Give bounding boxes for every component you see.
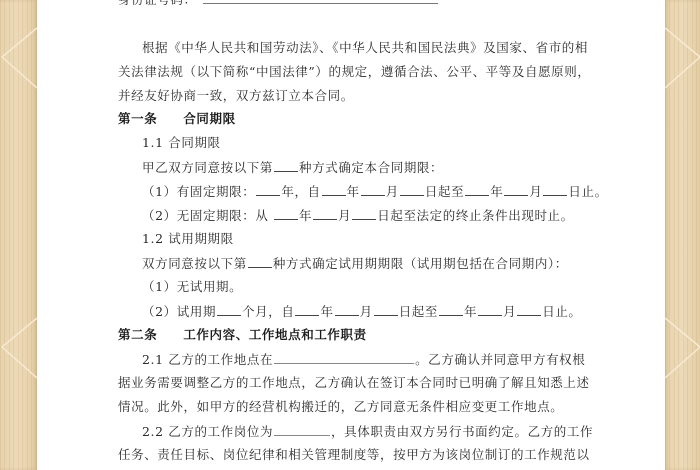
- text: 个月，自: [242, 304, 294, 319]
- id-number-label: 身份证号码：: [118, 0, 197, 7]
- text: 月: [503, 304, 516, 319]
- text: 2.1 乙方的工作地点在: [142, 352, 273, 367]
- text: 甲乙双方同意按以下第: [142, 160, 273, 175]
- article-1-title: 合同期限: [183, 111, 235, 126]
- section-2-2-line-2: 任务、责任目标、岗位纪律和相关管理制度等，按甲方为该岗位制订的工作规范以: [118, 445, 590, 465]
- article-2-number: 第二条: [118, 327, 157, 342]
- text: 日起至: [425, 184, 464, 199]
- no-probation-option: （1）无试用期。: [142, 277, 242, 297]
- section-1-2-heading: 1.2 试用期期限: [142, 229, 234, 249]
- text: 种方式确定本合同期限：: [299, 160, 443, 175]
- blank-field: [248, 253, 272, 268]
- blank-field: [400, 181, 424, 196]
- section-2-1-line-1: 2.1 乙方的工作地点在。乙方确认并同意甲方有权根: [142, 349, 585, 369]
- section-1-2-intro: 双方同意按以下第种方式确定试用期期限（试用期包括在合同期内）：: [142, 253, 568, 273]
- id-number-field: 身份证号码：: [118, 0, 438, 10]
- text: 月: [529, 184, 542, 199]
- text: 年: [347, 184, 360, 199]
- preamble-line-1: 根据《中华人民共和国劳动法》、《中华人民共和国民法典》及国家、省市的相: [142, 38, 588, 58]
- text: 月: [386, 184, 399, 199]
- blank-field: [543, 181, 567, 196]
- text: 年: [320, 304, 333, 319]
- text: 。乙方确认并同意甲方有权根: [415, 352, 585, 367]
- text: 双方同意按以下第: [142, 256, 247, 271]
- wood-frame-left: [0, 0, 37, 470]
- text: 月: [338, 208, 351, 223]
- text: 日起至: [399, 304, 438, 319]
- blank-field: [256, 181, 280, 196]
- wood-inlay-decoration: [0, 0, 37, 470]
- section-2-2-line-1: 2.2 乙方的工作岗位为，具体职责由双方另行书面约定。乙方的工作: [142, 421, 593, 441]
- blank-field: [517, 301, 541, 316]
- section-1-1-heading: 1.1 合同期限: [142, 133, 221, 153]
- blank-field: [374, 301, 398, 316]
- open-term-option: （2）无固定期限：从 年月日起至法定的终止条件出现时止。: [142, 205, 574, 225]
- article-2-heading: 第二条工作内容、工作地点和工作职责: [118, 325, 367, 345]
- blank-field: [478, 301, 502, 316]
- blank-field: [274, 205, 298, 220]
- text: 日止。: [568, 184, 607, 199]
- text: 日止。: [542, 304, 581, 319]
- blank-field: [465, 181, 489, 196]
- blank-field: [322, 181, 346, 196]
- wood-frame-right: [665, 0, 700, 470]
- fixed-term-option: （1）有固定期限：年，自年月日起至年月日止。: [142, 181, 608, 201]
- text: 年，自: [281, 184, 320, 199]
- blank-field: [274, 349, 414, 364]
- probation-option: （2）试用期个月，自年月日起至年月日止。: [142, 301, 582, 321]
- blank-field: [274, 157, 298, 172]
- blank-field: [504, 181, 528, 196]
- text: 年: [490, 184, 503, 199]
- text: 年: [464, 304, 477, 319]
- blank-field: [217, 301, 241, 316]
- article-1-heading: 第一条合同期限: [118, 109, 236, 129]
- article-1-number: 第一条: [118, 111, 157, 126]
- text: 2.2 乙方的工作岗位为: [142, 424, 273, 439]
- blank-field: [439, 301, 463, 316]
- blank-field: [361, 181, 385, 196]
- preamble-line-3: 并经友好协商一致，双方兹订立本合同。: [118, 86, 354, 106]
- section-1-1-intro: 甲乙双方同意按以下第种方式确定本合同期限：: [142, 157, 443, 177]
- text: 种方式确定试用期期限（试用期包括在合同期内）：: [273, 256, 568, 271]
- blank-field: [274, 421, 330, 436]
- text: （2）无固定期限：从: [142, 208, 273, 223]
- blank-field: [295, 301, 319, 316]
- section-2-1-line-3: 情况。此外，如甲方的经营机构搬迁的，乙方同意无条件相应变更工作地点。: [118, 397, 563, 417]
- text: （1）有固定期限：: [142, 184, 255, 199]
- section-2-1-line-2: 据业务需要调整乙方的工作地点，乙方确认在签订本合同时已明确了解且知悉上述: [118, 373, 590, 393]
- text: 日起至法定的终止条件出现时止。: [377, 208, 574, 223]
- text: 年: [299, 208, 312, 223]
- text: 月: [360, 304, 373, 319]
- preamble-line-2: 关法律法规（以下简称“中国法律”）的规定，遵循合法、公平、平等及自愿原则，: [118, 62, 590, 82]
- blank-field: [352, 205, 376, 220]
- text: ，具体职责由双方另行书面约定。乙方的工作: [331, 424, 593, 439]
- blank-field: [313, 205, 337, 220]
- blank-field: [335, 301, 359, 316]
- article-2-title: 工作内容、工作地点和工作职责: [183, 327, 366, 342]
- id-number-blank: [203, 0, 438, 4]
- wood-inlay-decoration: [665, 0, 700, 470]
- text: （2）试用期: [142, 304, 216, 319]
